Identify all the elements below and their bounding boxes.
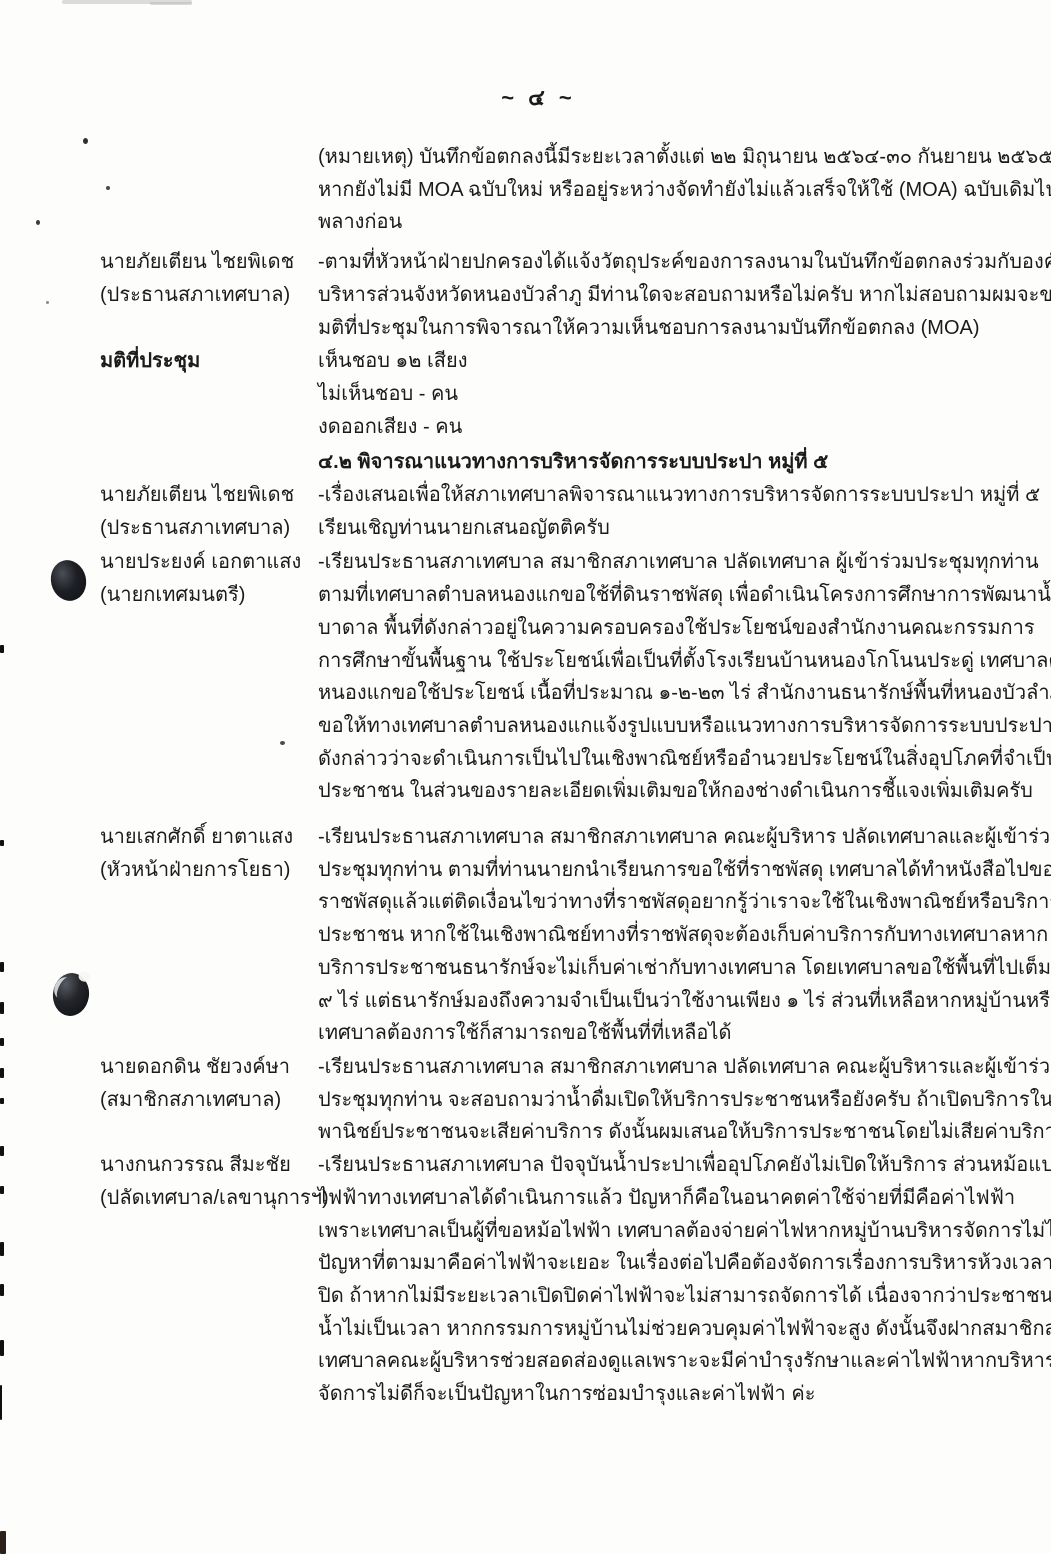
hole-punch xyxy=(47,556,91,604)
scan-artifact xyxy=(0,1068,4,1078)
scan-artifact xyxy=(0,1242,4,1256)
minutes-line: เห็นชอบ ๑๒ เสียง xyxy=(318,345,1015,378)
minutes-line: บาดาล พื้นที่ดังกล่าวอยู่ในความครอบครองใ… xyxy=(318,612,1015,645)
scan-artifact xyxy=(0,1038,4,1046)
minutes-entry: นายดอกดิน ชัยวงค์ษา(สมาชิกสภาเทศบาล)-เรี… xyxy=(100,1051,1015,1149)
minutes-line: -เรื่องเสนอเพื่อให้สภาเทศบาลพิจารณาแนวทา… xyxy=(318,479,1015,512)
minutes-entry: นายภัยเตียน ไชยพิเดช(ประธานสภาเทศบาล)-ตา… xyxy=(100,246,1015,344)
speaker-name: นายประยงค์ เอกตาแสง xyxy=(100,546,318,579)
agenda-heading: ๔.๒ พิจารณาแนวทางการบริหารจัดการระบบประป… xyxy=(318,446,1015,479)
minutes-line: ปิด ถ้าหากไม่มีระยะเวลาเปิดปิดค่าไฟฟ้าจะ… xyxy=(318,1280,1015,1313)
scan-artifact xyxy=(0,645,4,653)
statement-column: เห็นชอบ ๑๒ เสียงไม่เห็นชอบ - คนงดออกเสีย… xyxy=(318,345,1015,443)
minutes-line: -เรียนประธานสภาเทศบาล สมาชิกสภาเทศบาล ปล… xyxy=(318,1051,1015,1084)
speaker-column: มติที่ประชุม xyxy=(100,345,318,378)
minutes-line: -เรียนประธานสภาเทศบาล ปัจจุบันน้ำประปาเพ… xyxy=(318,1149,1015,1182)
speaker-name: มติที่ประชุม xyxy=(100,345,318,378)
scan-artifact xyxy=(36,220,40,225)
minutes-line: ไฟฟ้าทางเทศบาลได้ดำเนินการแล้ว ปัญหาก็คื… xyxy=(318,1182,1015,1215)
minutes-line: ประชุมทุกท่าน ตามที่ท่านนายกนำเรียนการขอ… xyxy=(318,854,1015,887)
minutes-line: เรียนเชิญท่านนายกเสนอญัตติครับ xyxy=(318,512,1015,545)
minutes-line: ๙ ไร่ แต่ธนารักษ์มองถึงความจำเป็นเป็นว่า… xyxy=(318,985,1015,1018)
minutes-line: จัดการไม่ดีก็จะเป็นปัญหาในการซ่อมบำรุงแล… xyxy=(318,1378,1015,1411)
minutes-line: หนองแกขอใช้ประโยชน์ เนื้อที่ประมาณ ๑-๒-๒… xyxy=(318,677,1015,710)
scan-artifact xyxy=(150,2,192,5)
scan-artifact xyxy=(0,840,4,846)
speaker-name: นายดอกดิน ชัยวงค์ษา xyxy=(100,1051,318,1084)
minutes-entry: นายเสกศักดิ์ ยาตาแสง(หัวหน้าฝ่ายการโยธา)… xyxy=(100,821,1015,1050)
scan-artifact xyxy=(280,741,285,745)
scan-artifact xyxy=(0,962,4,972)
minutes-line: (หมายเหตุ) บันทึกข้อตกลงนี้มีระยะเวลาตั้… xyxy=(318,141,1015,174)
scan-artifact xyxy=(0,1284,4,1296)
speaker-role: (หัวหน้าฝ่ายการโยธา) xyxy=(100,854,318,887)
speaker-column: นายภัยเตียน ไชยพิเดช(ประธานสภาเทศบาล) xyxy=(100,246,318,311)
minutes-line: มติที่ประชุมในการพิจารณาให้ความเห็นชอบกา… xyxy=(318,312,1015,345)
scan-artifact xyxy=(0,1146,4,1156)
minutes-entry: มติที่ประชุมเห็นชอบ ๑๒ เสียงไม่เห็นชอบ -… xyxy=(100,345,1015,443)
scan-artifact xyxy=(0,1531,6,1554)
minutes-line: เพราะเทศบาลเป็นผู้ที่ขอหม้อไฟฟ้า เทศบาลต… xyxy=(318,1215,1015,1248)
statement-column: ๔.๒ พิจารณาแนวทางการบริหารจัดการระบบประป… xyxy=(318,446,1015,479)
statement-column: -ตามที่หัวหน้าฝ่ายปกครองได้แจ้งวัตถุประค… xyxy=(318,246,1015,344)
scan-artifact xyxy=(0,1186,4,1194)
scan-artifact xyxy=(83,138,88,144)
statement-column: -เรียนประธานสภาเทศบาล สมาชิกสภาเทศบาล คณ… xyxy=(318,821,1015,1050)
speaker-role: (ประธานสภาเทศบาล) xyxy=(100,512,318,545)
minutes-entry: นางกนกวรรณ สีมะชัย(ปลัดเทศบาล/เลขานุการฯ… xyxy=(100,1149,1015,1411)
minutes-line: ประชุมทุกท่าน จะสอบถามว่าน้ำดื่มเปิดให้บ… xyxy=(318,1084,1015,1117)
minutes-line: บริหารส่วนจังหวัดหนองบัวลำภู มีท่านใดจะส… xyxy=(318,279,1015,312)
scan-artifact xyxy=(46,301,49,304)
page-number: ~ ๔ ~ xyxy=(0,80,1051,115)
statement-column: (หมายเหตุ) บันทึกข้อตกลงนี้มีระยะเวลาตั้… xyxy=(318,141,1015,239)
minutes-entry: ๔.๒ พิจารณาแนวทางการบริหารจัดการระบบประป… xyxy=(100,446,1015,479)
minutes-entry: นายภัยเตียน ไชยพิเดช(ประธานสภาเทศบาล)-เร… xyxy=(100,479,1015,544)
scan-artifact xyxy=(0,1340,4,1356)
minutes-line: หากยังไม่มี MOA ฉบับใหม่ หรืออยู่ระหว่าง… xyxy=(318,174,1015,207)
minutes-line: ประชาชน ในส่วนของรายละเอียดเพิ่มเติมขอให… xyxy=(318,775,1015,808)
minutes-line: พานิชย์ประชาชนจะเสียค่าบริการ ดังนั้นผมเ… xyxy=(318,1116,1015,1149)
scan-artifact xyxy=(0,1385,2,1420)
speaker-column: นายดอกดิน ชัยวงค์ษา(สมาชิกสภาเทศบาล) xyxy=(100,1051,318,1116)
speaker-role: (ปลัดเทศบาล/เลขานุการฯ) xyxy=(100,1182,318,1215)
speaker-column: นายประยงค์ เอกตาแสง(นายกเทศมนตรี) xyxy=(100,546,318,611)
minutes-line: การศึกษาขั้นพื้นฐาน ใช้ประโยชน์เพื่อเป็น… xyxy=(318,645,1015,678)
minutes-line: ขอให้ทางเทศบาลตำบลหนองแกแจ้งรูปแบบหรือแน… xyxy=(318,710,1015,743)
speaker-role: (สมาชิกสภาเทศบาล) xyxy=(100,1084,318,1117)
minutes-line: เทศบาลคณะผู้บริหารช่วยสอดส่องดูแลเพราะจะ… xyxy=(318,1345,1015,1378)
scan-artifact xyxy=(0,1098,4,1104)
minutes-body: (หมายเหตุ) บันทึกข้อตกลงนี้มีระยะเวลาตั้… xyxy=(100,141,1015,1411)
scan-artifact xyxy=(106,186,110,190)
statement-column: -เรียนประธานสภาเทศบาล สมาชิกสภาเทศบาล ปล… xyxy=(318,546,1015,808)
scanned-minutes-page: ~ ๔ ~ (หมายเหตุ) บันทึกข้อตกลงนี้มีระยะเ… xyxy=(0,0,1051,1554)
minutes-line: ปัญหาที่ตามมาคือค่าไฟฟ้าจะเยอะ ในเรื่องต… xyxy=(318,1247,1015,1280)
speaker-role: (ประธานสภาเทศบาล) xyxy=(100,279,318,312)
speaker-column: นายภัยเตียน ไชยพิเดช(ประธานสภาเทศบาล) xyxy=(100,479,318,544)
speaker-name: นายเสกศักดิ์ ยาตาแสง xyxy=(100,821,318,854)
minutes-line: -ตามที่หัวหน้าฝ่ายปกครองได้แจ้งวัตถุประค… xyxy=(318,246,1015,279)
minutes-line: พลางก่อน xyxy=(318,206,1015,239)
statement-column: -เรื่องเสนอเพื่อให้สภาเทศบาลพิจารณาแนวทา… xyxy=(318,479,1015,544)
scan-artifact xyxy=(0,1002,4,1014)
hole-punch xyxy=(50,971,92,1019)
minutes-line: ประชาชน หากใช้ในเชิงพาณิชย์ทางที่ราชพัสด… xyxy=(318,919,1015,952)
minutes-entry: (หมายเหตุ) บันทึกข้อตกลงนี้มีระยะเวลาตั้… xyxy=(100,141,1015,239)
minutes-line: บริการประชาชนธนารักษ์จะไม่เก็บค่าเช่ากับ… xyxy=(318,952,1015,985)
minutes-line: งดออกเสียง - คน xyxy=(318,411,1015,444)
minutes-line: เทศบาลต้องการใช้ก็สามารถขอใช้พื้นที่ที่เ… xyxy=(318,1017,1015,1050)
minutes-line: ตามที่เทศบาลตำบลหนองแกขอใช้ที่ดินราชพัสด… xyxy=(318,579,1015,612)
speaker-column: นางกนกวรรณ สีมะชัย(ปลัดเทศบาล/เลขานุการฯ… xyxy=(100,1149,318,1214)
speaker-name: นายภัยเตียน ไชยพิเดช xyxy=(100,246,318,279)
statement-column: -เรียนประธานสภาเทศบาล สมาชิกสภาเทศบาล ปล… xyxy=(318,1051,1015,1149)
minutes-line: ราชพัสดุแล้วแต่ติดเงื่อนไขว่าทางที่ราชพั… xyxy=(318,886,1015,919)
speaker-role: (นายกเทศมนตรี) xyxy=(100,579,318,612)
minutes-entry: นายประยงค์ เอกตาแสง(นายกเทศมนตรี)-เรียนป… xyxy=(100,546,1015,808)
speaker-name: นายภัยเตียน ไชยพิเดช xyxy=(100,479,318,512)
minutes-line: -เรียนประธานสภาเทศบาล สมาชิกสภาเทศบาล ปล… xyxy=(318,546,1015,579)
speaker-column: นายเสกศักดิ์ ยาตาแสง(หัวหน้าฝ่ายการโยธา) xyxy=(100,821,318,886)
speaker-name: นางกนกวรรณ สีมะชัย xyxy=(100,1149,318,1182)
statement-column: -เรียนประธานสภาเทศบาล ปัจจุบันน้ำประปาเพ… xyxy=(318,1149,1015,1411)
minutes-line: ดังกล่าวว่าจะดำเนินการเป็นไปในเชิงพาณิชย… xyxy=(318,743,1015,776)
minutes-line: ไม่เห็นชอบ - คน xyxy=(318,378,1015,411)
minutes-line: -เรียนประธานสภาเทศบาล สมาชิกสภาเทศบาล คณ… xyxy=(318,821,1015,854)
minutes-line: น้ำไม่เป็นเวลา หากกรรมการหมู่บ้านไม่ช่วย… xyxy=(318,1313,1015,1346)
